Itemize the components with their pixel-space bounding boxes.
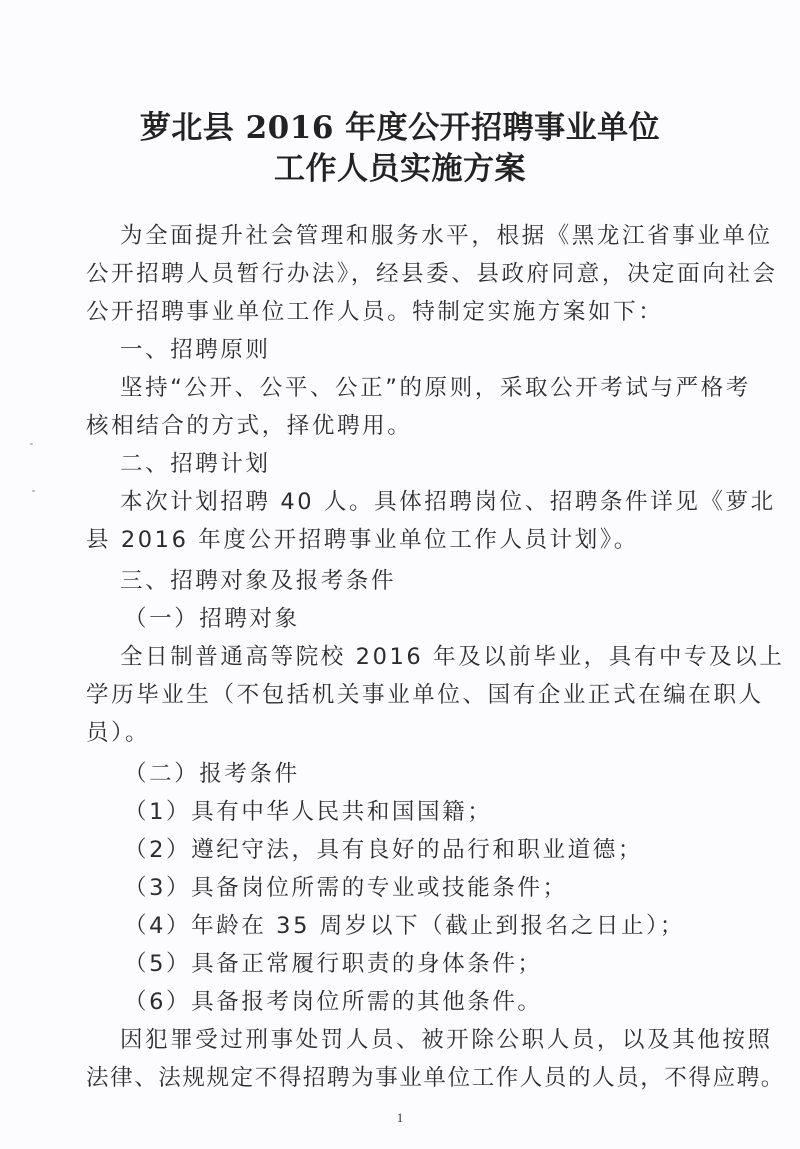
- section1-heading: 一、招聘原则: [120, 332, 271, 364]
- section3-sub1-heading: （一）招聘对象: [124, 601, 300, 633]
- condition-item-5: （5）具备正常履行职责的身体条件；: [124, 946, 543, 978]
- closing-line-1: 因犯罪受过刑事处罚人员、被开除公职人员，以及其他按照: [120, 1022, 773, 1054]
- section3-sub2-heading: （二）报考条件: [124, 756, 300, 788]
- document-title-line1: 萝北县 2016 年度公开招聘事业单位: [0, 102, 800, 147]
- sub1-body-line-3: 员）。: [86, 715, 150, 747]
- condition-item-2: （2）遵纪守法，具有良好的品行和职业道德；: [124, 832, 643, 864]
- condition-item-3: （3）具备岗位所需的专业或技能条件；: [124, 870, 568, 902]
- sub1-body-line-2: 学历毕业生（不包括机关事业单位、国有企业正式在编在职人: [86, 677, 764, 709]
- intro-line-1: 为全面提升社会管理和服务水平，根据《黑龙江省事业单位: [120, 218, 773, 250]
- section1-body-line-1: 坚持“公开、公平、公正”的原则，采取公开考试与严格考: [120, 370, 751, 402]
- section3-heading: 三、招聘对象及报考条件: [120, 563, 396, 595]
- intro-line-3: 公开招聘事业单位工作人员。特制定实施方案如下：: [86, 294, 663, 326]
- document-page: 萝北县 2016 年度公开招聘事业单位 工作人员实施方案 为全面提升社会管理和服…: [0, 0, 800, 1149]
- closing-line-2: 法律、法规规定不得招聘为事业单位工作人员的人员，不得应聘。: [86, 1060, 785, 1092]
- document-title-line2: 工作人员实施方案: [0, 143, 800, 188]
- section1-body-line-2: 核相结合的方式，择优聘用。: [86, 408, 412, 440]
- section2-body-line-2: 县 2016 年度公开招聘事业单位工作人员计划》。: [86, 522, 639, 554]
- condition-item-4: （4）年龄在 35 周岁以下（截止到报名之日止）；: [124, 908, 685, 940]
- scan-speck: [30, 443, 33, 445]
- intro-line-2: 公开招聘人员暂行办法》，经县委、县政府同意，决定面向社会: [86, 256, 778, 288]
- condition-item-1: （1）具有中华人民共和国国籍；: [124, 794, 492, 826]
- page-number: 1: [0, 1110, 800, 1126]
- section2-heading: 二、招聘计划: [120, 446, 271, 478]
- scan-speck: [32, 490, 35, 492]
- sub1-body-line-1: 全日制普通高等院校 2016 年及以前毕业，具有中专及以上: [120, 639, 784, 671]
- section2-body-line-1: 本次计划招聘 40 人。具体招聘岗位、招聘条件详见《萝北: [120, 484, 776, 516]
- condition-item-6: （6）具备报考岗位所需的其他条件。: [124, 984, 543, 1016]
